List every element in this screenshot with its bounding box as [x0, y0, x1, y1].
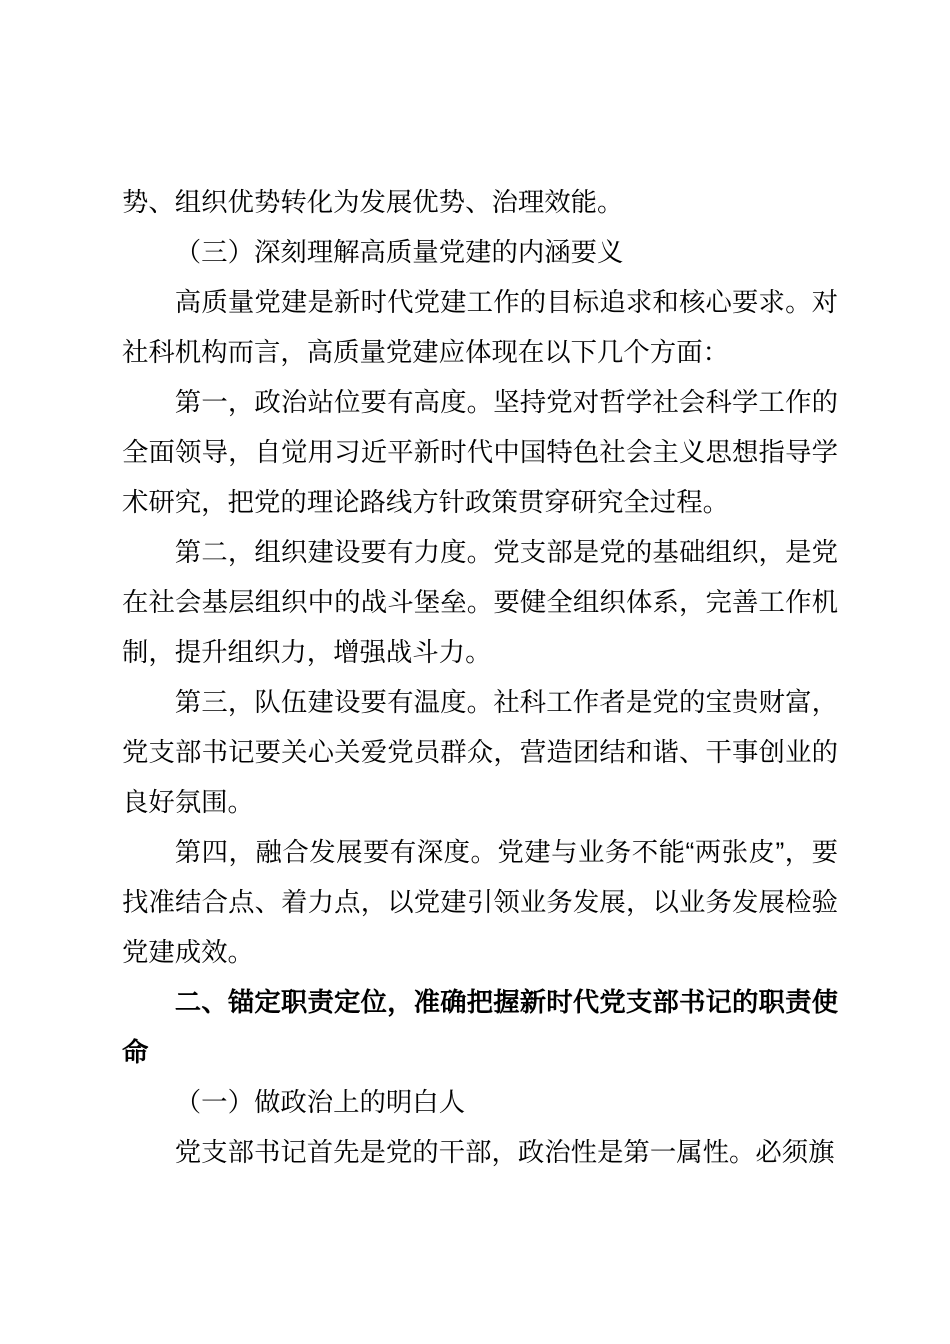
paragraph-continuation: 势、组织优势转化为发展优势、治理效能。 — [122, 177, 838, 227]
document-page: 势、组织优势转化为发展优势、治理效能。 （三）深刻理解高质量党建的内涵要义 高质… — [122, 177, 838, 1177]
paragraph: 第三，队伍建设要有温度。社科工作者是党的宝贵财富，党支部书记要关心关爱党员群众，… — [122, 677, 838, 827]
paragraph: 第四，融合发展要有深度。党建与业务不能“两张皮”，要找准结合点、着力点，以党建引… — [122, 827, 838, 977]
subheading-section-3: （三）深刻理解高质量党建的内涵要义 — [122, 227, 838, 277]
section-heading-2: 二、锚定职责定位，准确把握新时代党支部书记的职责使命 — [122, 977, 838, 1077]
paragraph: 高质量党建是新时代党建工作的目标追求和核心要求。对社科机构而言，高质量党建应体现… — [122, 277, 838, 377]
subheading-section-1: （一）做政治上的明白人 — [122, 1077, 838, 1127]
paragraph: 第二，组织建设要有力度。党支部是党的基础组织，是党在社会基层组织中的战斗堡垒。要… — [122, 527, 838, 677]
paragraph: 第一，政治站位要有高度。坚持党对哲学社会科学工作的全面领导，自觉用习近平新时代中… — [122, 377, 838, 527]
paragraph: 党支部书记首先是党的干部，政治性是第一属性。必须旗 — [122, 1127, 838, 1177]
